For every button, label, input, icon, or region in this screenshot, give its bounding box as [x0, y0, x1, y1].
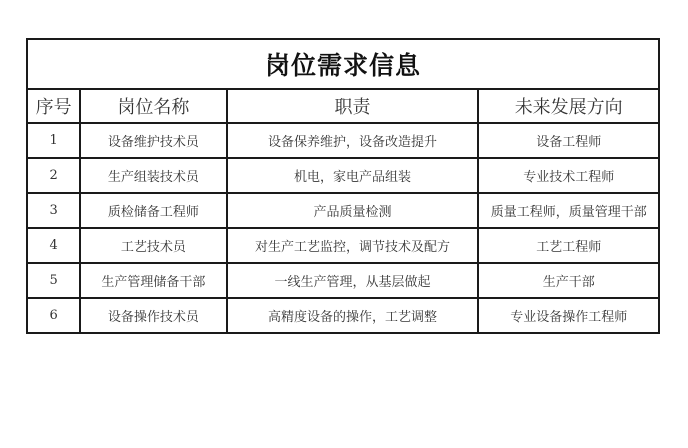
cell-seq: 3 — [27, 193, 80, 228]
cell-position: 生产组装技术员 — [80, 158, 226, 193]
cell-duty: 对生产工艺监控，调节技术及配方 — [227, 228, 479, 263]
header-future-direction: 未来发展方向 — [478, 89, 659, 123]
cell-seq: 1 — [27, 123, 80, 158]
cell-seq: 2 — [27, 158, 80, 193]
cell-future: 质量工程师，质量管理干部 — [478, 193, 659, 228]
cell-duty: 一线生产管理，从基层做起 — [227, 263, 479, 298]
table-row: 3 质检储备工程师 产品质量检测 质量工程师，质量管理干部 — [27, 193, 659, 228]
cell-seq: 4 — [27, 228, 80, 263]
table-row: 1 设备维护技术员 设备保养维护，设备改造提升 设备工程师 — [27, 123, 659, 158]
cell-position: 设备维护技术员 — [80, 123, 226, 158]
cell-duty: 机电，家电产品组装 — [227, 158, 479, 193]
job-requirements-table-container: 岗位需求信息 序号 岗位名称 职责 未来发展方向 1 设备维护技术员 设备保养维… — [26, 38, 660, 334]
job-requirements-table: 岗位需求信息 序号 岗位名称 职责 未来发展方向 1 设备维护技术员 设备保养维… — [26, 38, 660, 334]
header-position-name: 岗位名称 — [80, 89, 226, 123]
cell-position: 工艺技术员 — [80, 228, 226, 263]
header-duty: 职责 — [227, 89, 479, 123]
title-row: 岗位需求信息 — [27, 39, 659, 89]
cell-seq: 6 — [27, 298, 80, 333]
cell-duty: 产品质量检测 — [227, 193, 479, 228]
cell-position: 设备操作技术员 — [80, 298, 226, 333]
cell-future: 工艺工程师 — [478, 228, 659, 263]
header-seq: 序号 — [27, 89, 80, 123]
cell-future: 生产干部 — [478, 263, 659, 298]
table-title: 岗位需求信息 — [27, 39, 659, 89]
cell-future: 专业技术工程师 — [478, 158, 659, 193]
cell-future: 设备工程师 — [478, 123, 659, 158]
cell-position: 生产管理储备干部 — [80, 263, 226, 298]
cell-duty: 高精度设备的操作，工艺调整 — [227, 298, 479, 333]
header-row: 序号 岗位名称 职责 未来发展方向 — [27, 89, 659, 123]
table-row: 4 工艺技术员 对生产工艺监控，调节技术及配方 工艺工程师 — [27, 228, 659, 263]
cell-position: 质检储备工程师 — [80, 193, 226, 228]
table-row: 6 设备操作技术员 高精度设备的操作，工艺调整 专业设备操作工程师 — [27, 298, 659, 333]
table-row: 2 生产组装技术员 机电，家电产品组装 专业技术工程师 — [27, 158, 659, 193]
cell-future: 专业设备操作工程师 — [478, 298, 659, 333]
cell-seq: 5 — [27, 263, 80, 298]
cell-duty: 设备保养维护，设备改造提升 — [227, 123, 479, 158]
table-row: 5 生产管理储备干部 一线生产管理，从基层做起 生产干部 — [27, 263, 659, 298]
